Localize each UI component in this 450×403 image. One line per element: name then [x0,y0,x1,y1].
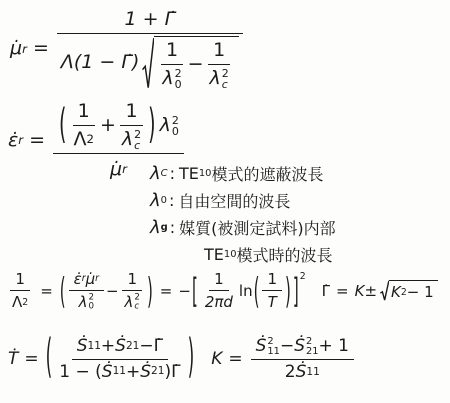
K-symbol: K [355,282,365,300]
fraction-1-over-lambda0sq: 1 λ20 [158,39,185,90]
colon: : [168,218,179,237]
fraction-1-over-Lambdasq: 1 Λ2 [69,100,98,151]
plus-sign: + [126,362,140,382]
legend-lambda-c: λC : TE10模式的遮蔽波長 [150,160,336,187]
te-mode-label: TE [204,245,224,264]
superscript: 2 [172,115,179,127]
close-paren: ) [148,101,155,150]
radical-sign-icon [380,280,389,301]
numerator: 1 [10,270,30,291]
equation-T-and-K: Ṫ = ( Ṡ11 + Ṡ21 − Γ̇ 1 − ( Ṡ11 + Ṡ21 ) Γ… [8,336,356,382]
fraction-1-over-T: 1 T [262,270,282,311]
subscript-21: 21 [306,347,319,357]
te-mode-label: TE [179,164,199,183]
coefficient-2: 2 [285,362,296,382]
fraction-1-over-lambdacsq: 1 λ2c [118,100,145,151]
lambda-symbol: λ [122,128,133,151]
equals-sign: = [34,282,59,300]
numerator: 1 [208,39,230,65]
gamma-dot-symbol: Γ̇ [154,336,163,356]
open-paren: ( [60,269,66,311]
Lambda-symbol: Λ [73,128,86,151]
lambda-symbol: λ [125,293,134,311]
equals-sign: = [154,282,179,300]
close-paren: ) [188,332,195,387]
S21-dot: Ṡ [115,336,126,356]
mu-numerator: 1 + Γ̇ [124,8,175,31]
epsilon-dot: ε̇ [74,270,82,288]
square-root: K2− 1 [380,280,438,301]
ln-operator: ln [239,282,253,300]
plus-minus-sign: ± [364,282,377,300]
two-pi-d: 2πd [201,291,237,311]
superscript: 2 [86,132,94,146]
superscript: 2 [222,67,229,79]
legend-text-cutoff-wavelength: 模式的遮蔽波長 [211,162,323,185]
minus-sign: − [188,53,204,76]
equation-inverse-lambda-squared: 1 Λ2 = ( ε̇rμ̇r λ20 − 1 λ2c ) = − [ 1 2π… [6,270,438,311]
scanned-formula-page: μ̇r = 1 + Γ̇ Λ(1 − Γ̇) 1 λ20 − [0,0,450,403]
numerator: 1 [73,100,95,126]
lambda-symbol: λ [150,217,161,238]
open-paren: ( [59,101,66,150]
close-paren: ) [147,269,153,311]
equals-sign: = [222,349,248,369]
subscript: c [134,303,139,312]
S21-dot: Ṡ [294,336,305,356]
te-mode-subscript: 10 [224,249,237,260]
bracket-superscript-2: 2 [300,271,306,282]
gamma-dot-symbol: Γ̇ [322,282,330,300]
superscript: 2 [22,297,28,308]
mu-dot: μ̇ [86,270,96,288]
subscript-C: C [161,168,168,179]
legend-lambda-g-cont: TE10模式時的波長 [204,241,336,268]
minus-sign: − [280,336,294,356]
T-fraction: Ṡ11 + Ṡ21 − Γ̇ 1 − ( Ṡ11 + Ṡ21 ) Γ̇ [55,336,184,382]
subscript: c [222,79,228,91]
Lambda-symbol: Λ [12,293,22,311]
K-symbol: K [211,349,222,369]
plus-one: + 1 [319,336,349,356]
K-fraction: Ṡ211 − Ṡ221 + 1 2Ṡ11 [251,336,354,382]
close-paren-small: ) [164,362,171,382]
fraction-1-over-lambdacsq: 1 λ2c [121,270,144,311]
radical-sign-icon [142,36,154,90]
S11-dot: Ṡ [102,362,113,382]
subscript-11: 11 [113,365,126,378]
gamma-dot-symbol: Γ̇ [171,362,180,382]
subscript: r [95,273,99,284]
fraction-1-over-2pid: 1 2πd [201,270,237,311]
lambda-symbol: λ [79,293,88,311]
superscript: 2 [134,129,141,141]
subscript-11: 11 [88,340,101,353]
open-paren: ( [254,269,260,311]
numerator: 1 [122,270,142,291]
numerator: 1 [262,270,282,291]
minus-sign: − [106,282,119,300]
subscript: 0 [88,303,94,312]
lhs-fraction: 1 Λ2 [8,270,32,311]
colon: : [167,191,178,210]
mu-fraction: 1 + Γ̇ Λ(1 − Γ̇) 1 λ20 − 1 λ2c [57,8,243,90]
S11-dot: Ṡ [296,362,307,382]
lambda-symbol: λ [150,163,161,184]
open-paren: ( [46,332,53,387]
mu-subscript: r [122,162,127,176]
legend-text-free-space-wavelength: 自由空間的波長 [178,189,290,212]
symbol-legend: λC : TE10模式的遮蔽波長 λ0 : 自由空間的波長 λg : 媒質(被測… [150,160,336,268]
equals-sign: = [23,129,51,152]
subscript-11: 11 [267,347,280,357]
minus-one: − 1 [407,283,434,301]
equation-mu-r: μ̇r = 1 + Γ̇ Λ(1 − Γ̇) 1 λ20 − [10,8,245,90]
lambda-symbol: λ [150,190,161,211]
minus-sign: − [139,336,153,356]
legend-text-medium: 媒質(被測定試料)内部 [179,216,336,239]
K-symbol: K [391,283,401,301]
fraction-1-over-lambdacsq: 1 λ2c [206,39,233,90]
subscript-11: 11 [306,366,319,379]
T-dot-symbol: Ṫ [8,349,18,369]
subscript: 0 [172,126,179,138]
numerator: 1 [120,100,142,126]
mu-dot-symbol: μ̇ [10,37,22,60]
numerator: 1 [209,270,229,291]
subscript: c [134,140,140,152]
subscript: 0 [175,79,182,91]
one-minus-open: 1 − ( [59,362,102,382]
epsilon-dot-symbol: ε̇ [8,129,18,152]
fraction-eps-mu-over-lambda0sq: ε̇rμ̇r λ20 [69,270,104,311]
plus-sign: + [100,114,116,137]
lambda-term: Λ(1 − Γ̇) [61,51,140,74]
subscript-g: g [161,222,168,233]
legend-text-guide-wavelength: 模式時的波長 [237,243,333,266]
close-paren: ) [285,269,291,311]
lambda0-squared: λ [160,114,171,137]
equals-sign: = [18,349,44,369]
equals-sign: = [330,282,355,300]
colon: : [168,164,179,183]
open-bracket: [ [192,270,198,311]
close-bracket: ] [293,270,299,311]
lambda-symbol: λ [210,67,221,90]
square-root: 1 λ20 − 1 λ2c [142,36,238,90]
numerator: 1 [161,39,183,65]
legend-lambda-g: λg : 媒質(被測定試料)内部 [150,214,336,241]
S21-dot: Ṡ [140,362,151,382]
S11-dot: Ṡ [256,336,267,356]
lambda-symbol: λ [162,67,173,90]
te-mode-subscript: 10 [199,168,212,179]
S11-dot: Ṡ [77,336,88,356]
legend-lambda-0: λ0 : 自由空間的波長 [150,187,336,214]
subscript-21: 21 [151,365,164,378]
negative-sign: − [178,282,191,300]
T-symbol: T [264,291,281,311]
superscript: 2 [175,67,182,79]
equals-sign: = [27,37,55,60]
subscript-21: 21 [126,340,139,353]
mu-dot-symbol: μ̇ [110,158,122,181]
plus-sign: + [101,336,115,356]
